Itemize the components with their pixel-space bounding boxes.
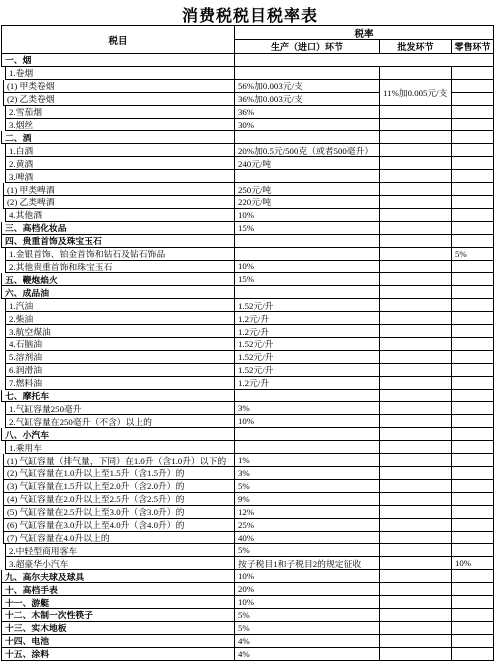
production-cell: 9% <box>234 493 379 506</box>
table-row: 三、高档化妆品15% <box>1 222 493 235</box>
table-row: 2.其他贵重首饰和珠宝玉石10% <box>1 261 493 274</box>
retail-cell <box>451 93 493 106</box>
production-cell: 1.52元/升 <box>234 338 379 351</box>
rate-subheaders: 生产（进口）环节 批发环节 零售环节 <box>235 40 493 54</box>
table-row: 1.气缸容量250毫升3% <box>1 402 493 415</box>
tax-item-cell: 2.气缸容量在250毫升（不含）以上的 <box>5 415 234 428</box>
production-cell: 36% <box>234 106 379 119</box>
tax-item-cell: 一、烟 <box>1 54 234 67</box>
production-cell <box>234 67 379 80</box>
wholesale-cell <box>379 377 451 390</box>
table-row: (3) 气缸容量在1.5升以上至2.0升（含2.0升）的5% <box>1 480 493 493</box>
wholesale-cell <box>379 441 451 454</box>
table-row: (7) 气缸容量在4.0升以上的40% <box>1 532 493 545</box>
production-cell: 56%加0.003元/支 <box>234 80 379 93</box>
production-cell <box>234 248 379 261</box>
wholesale-cell <box>379 157 451 170</box>
retail-cell <box>451 351 493 364</box>
wholesale-cell <box>379 519 451 532</box>
table-row: 十五、涂料4% <box>1 648 493 661</box>
production-cell: 1.52元/升 <box>234 364 379 377</box>
retail-cell <box>451 157 493 170</box>
production-cell: 1.52元/升 <box>234 299 379 312</box>
tax-item-cell: 6.润滑油 <box>5 364 234 377</box>
wholesale-cell <box>379 544 451 557</box>
tax-item-cell: 1.白酒 <box>5 144 234 157</box>
wholesale-cell <box>379 67 451 80</box>
production-cell: 240元/吨 <box>234 157 379 170</box>
retail-cell <box>451 415 493 428</box>
table-row: 1.卷烟 <box>1 67 493 80</box>
table-row: 五、鞭炮焰火15% <box>1 273 493 286</box>
production-cell: 5% <box>234 480 379 493</box>
column-header-tax-item: 税目 <box>1 26 234 54</box>
production-cell <box>234 390 379 403</box>
wholesale-cell <box>379 170 451 183</box>
rate-header-group: 税率 生产（进口）环节 批发环节 零售环节 <box>234 26 493 54</box>
wholesale-cell <box>379 183 451 196</box>
production-cell: 250元/吨 <box>234 183 379 196</box>
production-cell: 20% <box>234 583 379 596</box>
wholesale-cell: 11%加0.005元/支 <box>379 80 451 106</box>
table-row: 3.啤酒 <box>1 170 493 183</box>
retail-cell <box>451 428 493 441</box>
production-cell <box>234 428 379 441</box>
page-title: 消费税税目税率表 <box>0 3 500 26</box>
tax-item-cell: 十、高档手表 <box>1 583 234 596</box>
production-cell: 1% <box>234 454 379 467</box>
retail-cell <box>451 390 493 403</box>
production-cell: 10% <box>234 261 379 274</box>
retail-cell <box>451 144 493 157</box>
production-cell <box>234 235 379 248</box>
production-cell: 1.52元/升 <box>234 351 379 364</box>
table-row: 1.汽油1.52元/升 <box>1 299 493 312</box>
wholesale-cell <box>379 402 451 415</box>
table-row: (5) 气缸容量在2.5升以上至3.0升（含3.0升）的12% <box>1 506 493 519</box>
table-row: 一、烟 <box>1 54 493 67</box>
production-cell <box>234 441 379 454</box>
rate-merged-cell <box>234 54 493 67</box>
table-row: 六、成品油 <box>1 286 493 299</box>
tax-item-cell: 1.金银首饰、铂金首饰和钻石及钻石饰品 <box>5 248 234 261</box>
production-cell: 40% <box>234 532 379 545</box>
tax-item-cell: 3.超豪华小汽车 <box>5 557 234 570</box>
tax-item-cell: 3.啤酒 <box>5 170 234 183</box>
production-cell <box>234 286 379 299</box>
retail-cell <box>451 209 493 222</box>
table-row: (6) 气缸容量在3.0升以上至4.0升（含4.0升）的25% <box>1 519 493 532</box>
production-cell: 25% <box>234 519 379 532</box>
tax-item-cell: 5.溶剂油 <box>5 351 234 364</box>
production-cell: 10% <box>234 596 379 609</box>
production-cell: 10% <box>234 209 379 222</box>
retail-cell <box>451 596 493 609</box>
tax-item-cell: 2.雪茄烟 <box>5 106 234 119</box>
tax-item-cell: 4.其他酒 <box>5 209 234 222</box>
production-cell: 4% <box>234 635 379 648</box>
column-header-wholesale: 批发环节 <box>379 40 451 54</box>
retail-cell <box>451 235 493 248</box>
retail-cell <box>451 312 493 325</box>
tax-item-cell: 十一、游艇 <box>1 596 234 609</box>
retail-cell <box>451 325 493 338</box>
tax-item-cell: 1.乘用车 <box>5 441 234 454</box>
tax-item-cell: (2) 乙类卷烟 <box>3 93 234 106</box>
wholesale-cell <box>379 390 451 403</box>
retail-cell <box>451 454 493 467</box>
tax-item-cell: 3.烟丝 <box>5 119 234 132</box>
production-cell: 10% <box>234 415 379 428</box>
table-row: (2) 乙类啤酒220元/吨 <box>1 196 493 209</box>
production-cell: 12% <box>234 506 379 519</box>
table-row: 3.超豪华小汽车按子税目1和子税目2的规定征收10% <box>1 557 493 570</box>
table-row: 4.其他酒10% <box>1 209 493 222</box>
production-cell: 1.2元/升 <box>234 377 379 390</box>
production-cell: 15% <box>234 222 379 235</box>
wholesale-cell <box>379 467 451 480</box>
retail-cell <box>451 583 493 596</box>
wholesale-cell <box>379 635 451 648</box>
wholesale-cell <box>379 609 451 622</box>
wholesale-cell <box>379 248 451 261</box>
wholesale-cell <box>379 596 451 609</box>
wholesale-cell <box>379 312 451 325</box>
wholesale-cell <box>379 235 451 248</box>
table-row: 7.燃料油1.2元/升 <box>1 377 493 390</box>
production-cell <box>234 170 379 183</box>
retail-cell <box>451 196 493 209</box>
wholesale-cell <box>379 557 451 570</box>
retail-cell <box>451 80 493 93</box>
tax-item-cell: (2) 气缸容量在1.0升以上至1.5升（含1.5升）的 <box>3 467 234 480</box>
retail-cell <box>451 570 493 583</box>
tax-item-cell: 五、鞭炮焰火 <box>1 273 234 286</box>
wholesale-cell <box>379 338 451 351</box>
table-row: 四、贵重首饰及珠宝玉石 <box>1 235 493 248</box>
retail-cell <box>451 402 493 415</box>
tax-item-cell: 四、贵重首饰及珠宝玉石 <box>1 235 234 248</box>
tax-item-cell: 1.汽油 <box>5 299 234 312</box>
tax-item-cell: 2.柴油 <box>5 312 234 325</box>
production-cell: 1.2元/升 <box>234 312 379 325</box>
wholesale-cell <box>379 648 451 661</box>
table-row: (1) 甲类啤酒250元/吨 <box>1 183 493 196</box>
production-cell: 220元/吨 <box>234 196 379 209</box>
retail-cell <box>451 67 493 80</box>
tax-item-cell: 4.石脑油 <box>5 338 234 351</box>
wholesale-cell <box>379 144 451 157</box>
tax-item-cell: 十四、电池 <box>1 635 234 648</box>
production-cell: 10% <box>234 570 379 583</box>
retail-cell <box>451 106 493 119</box>
wholesale-cell <box>379 273 451 286</box>
retail-cell <box>451 609 493 622</box>
table-row: 2.柴油1.2元/升 <box>1 312 493 325</box>
wholesale-cell <box>379 583 451 596</box>
production-cell: 30% <box>234 119 379 132</box>
retail-cell <box>451 648 493 661</box>
production-cell: 5% <box>234 544 379 557</box>
tax-item-cell: 十五、涂料 <box>1 648 234 661</box>
tax-item-cell: 3.航空煤油 <box>5 325 234 338</box>
wholesale-cell <box>379 454 451 467</box>
wholesale-cell <box>379 209 451 222</box>
wholesale-cell <box>379 106 451 119</box>
wholesale-cell <box>379 351 451 364</box>
retail-cell <box>451 506 493 519</box>
tax-item-cell: 1.气缸容量250毫升 <box>5 402 234 415</box>
retail-cell <box>451 519 493 532</box>
retail-cell <box>451 183 493 196</box>
wholesale-cell <box>379 506 451 519</box>
tax-item-cell: (6) 气缸容量在3.0升以上至4.0升（含4.0升）的 <box>3 519 234 532</box>
table-row: 十、高档手表20% <box>1 583 493 596</box>
retail-cell <box>451 532 493 545</box>
retail-cell <box>451 441 493 454</box>
tax-item-cell: 2.黄酒 <box>5 157 234 170</box>
wholesale-cell <box>379 131 451 144</box>
table-row: 十一、游艇10% <box>1 596 493 609</box>
wholesale-cell <box>379 570 451 583</box>
wholesale-cell <box>379 532 451 545</box>
production-cell: 1.2元/升 <box>234 325 379 338</box>
tax-item-cell: 九、高尔夫球及球具 <box>1 570 234 583</box>
tax-item-cell: (7) 气缸容量在4.0升以上的 <box>3 532 234 545</box>
retail-cell <box>451 299 493 312</box>
retail-cell <box>451 467 493 480</box>
column-header-rate: 税率 <box>235 26 493 40</box>
table-row: 二、酒 <box>1 131 493 144</box>
table-row: 2.中轻型商用客车5% <box>1 544 493 557</box>
retail-cell <box>451 622 493 635</box>
wholesale-cell <box>379 286 451 299</box>
tax-item-cell: 7.燃料油 <box>5 377 234 390</box>
wholesale-cell <box>379 415 451 428</box>
retail-cell <box>451 364 493 377</box>
production-cell: 36%加0.003元/支 <box>234 93 379 106</box>
tax-item-cell: 十二、木制一次性筷子 <box>1 609 234 622</box>
table-row: 1.乘用车 <box>1 441 493 454</box>
tax-item-cell: 2.中轻型商用客车 <box>5 544 234 557</box>
table-row: (1) 气缸容量（排气量，下同）在1.0升（含1.0升）以下的1% <box>1 454 493 467</box>
wholesale-cell <box>379 222 451 235</box>
wholesale-cell <box>379 325 451 338</box>
tax-item-cell: (5) 气缸容量在2.5升以上至3.0升（含3.0升）的 <box>3 506 234 519</box>
table-row: 2.黄酒240元/吨 <box>1 157 493 170</box>
tax-item-cell: 八、小汽车 <box>1 428 234 441</box>
retail-cell <box>451 119 493 132</box>
tax-item-cell: 三、高档化妆品 <box>1 222 234 235</box>
tax-item-cell: (1) 甲类啤酒 <box>3 183 234 196</box>
tax-item-cell: 十三、实木地板 <box>1 622 234 635</box>
retail-cell <box>451 480 493 493</box>
production-cell: 按子税目1和子税目2的规定征收 <box>234 557 379 570</box>
wholesale-cell <box>379 261 451 274</box>
retail-cell <box>451 261 493 274</box>
table-row: 4.石脑油1.52元/升 <box>1 338 493 351</box>
retail-cell <box>451 286 493 299</box>
table-row: 七、摩托车 <box>1 390 493 403</box>
table-row: 6.润滑油1.52元/升 <box>1 364 493 377</box>
column-header-production: 生产（进口）环节 <box>235 40 379 54</box>
tax-item-cell: 七、摩托车 <box>1 390 234 403</box>
tax-item-cell: 二、酒 <box>1 131 234 144</box>
tax-rate-table: 税目 税率 生产（进口）环节 批发环节 零售环节 一、烟1.卷烟(1) 甲类卷烟… <box>1 25 494 661</box>
table-row: 十四、电池4% <box>1 635 493 648</box>
tax-item-cell: 六、成品油 <box>1 286 234 299</box>
table-row: 九、高尔夫球及球具10% <box>1 570 493 583</box>
table-row: 八、小汽车 <box>1 428 493 441</box>
retail-cell: 5% <box>451 248 493 261</box>
wholesale-cell <box>379 622 451 635</box>
production-cell: 20%加0.5元/500克（或者500毫升） <box>234 144 379 157</box>
table-body: 一、烟1.卷烟(1) 甲类卷烟(2) 乙类卷烟56%加0.003元/支36%加0… <box>1 54 493 661</box>
production-column: 56%加0.003元/支36%加0.003元/支 <box>234 80 379 106</box>
tax-item-cell: (2) 乙类啤酒 <box>3 196 234 209</box>
tax-item-cell: (3) 气缸容量在1.5升以上至2.0升（含2.0升）的 <box>3 480 234 493</box>
table-row: (2) 气缸容量在1.0升以上至1.5升（含1.5升）的3% <box>1 467 493 480</box>
table-row: 十三、实木地板5% <box>1 622 493 635</box>
table-row: 2.气缸容量在250毫升（不含）以上的10% <box>1 415 493 428</box>
retail-cell <box>451 222 493 235</box>
table-row: (4) 气缸容量在2.0升以上至2.5升（含2.5升）的9% <box>1 493 493 506</box>
production-cell: 3% <box>234 402 379 415</box>
tax-item-cell: 2.其他贵重首饰和珠宝玉石 <box>5 261 234 274</box>
wholesale-cell <box>379 299 451 312</box>
retail-cell <box>451 635 493 648</box>
table-row: 2.雪茄烟36% <box>1 106 493 119</box>
wholesale-cell <box>379 480 451 493</box>
tax-item-cell: (1) 气缸容量（排气量，下同）在1.0升（含1.0升）以下的 <box>3 454 234 467</box>
table-row: 1.白酒20%加0.5元/500克（或者500毫升） <box>1 144 493 157</box>
production-cell: 5% <box>234 622 379 635</box>
retail-cell <box>451 377 493 390</box>
wholesale-cell <box>379 119 451 132</box>
wholesale-cell <box>379 364 451 377</box>
retail-cell <box>451 131 493 144</box>
table-row-group: (1) 甲类卷烟(2) 乙类卷烟56%加0.003元/支36%加0.003元/支… <box>1 80 493 106</box>
table-row: 5.溶剂油1.52元/升 <box>1 351 493 364</box>
retail-cell: 10% <box>451 557 493 570</box>
table-row: 3.航空煤油1.2元/升 <box>1 325 493 338</box>
retail-cell <box>451 493 493 506</box>
retail-cell <box>451 544 493 557</box>
tax-item-cell: (1) 甲类卷烟 <box>3 80 234 93</box>
table-row: 1.金银首饰、铂金首饰和钻石及钻石饰品5% <box>1 248 493 261</box>
retail-cell <box>451 273 493 286</box>
table-row: 3.烟丝30% <box>1 119 493 132</box>
item-column: (1) 甲类卷烟(2) 乙类卷烟 <box>1 80 234 106</box>
tax-item-cell: (4) 气缸容量在2.0升以上至2.5升（含2.5升）的 <box>3 493 234 506</box>
wholesale-cell <box>379 428 451 441</box>
tax-item-cell: 1.卷烟 <box>5 67 234 80</box>
production-cell: 3% <box>234 467 379 480</box>
table-row: 十二、木制一次性筷子5% <box>1 609 493 622</box>
document-page: 消费税税目税率表 税目 税率 生产（进口）环节 批发环节 零售环节 一、烟1.卷… <box>0 0 500 668</box>
production-cell: 4% <box>234 648 379 661</box>
production-cell: 5% <box>234 609 379 622</box>
retail-cell <box>451 338 493 351</box>
column-header-retail: 零售环节 <box>451 40 493 54</box>
wholesale-cell <box>379 493 451 506</box>
retail-cell <box>451 170 493 183</box>
production-cell: 15% <box>234 273 379 286</box>
wholesale-cell <box>379 196 451 209</box>
production-cell <box>234 131 379 144</box>
table-header: 税目 税率 生产（进口）环节 批发环节 零售环节 <box>1 26 493 54</box>
retail-column <box>451 80 493 106</box>
